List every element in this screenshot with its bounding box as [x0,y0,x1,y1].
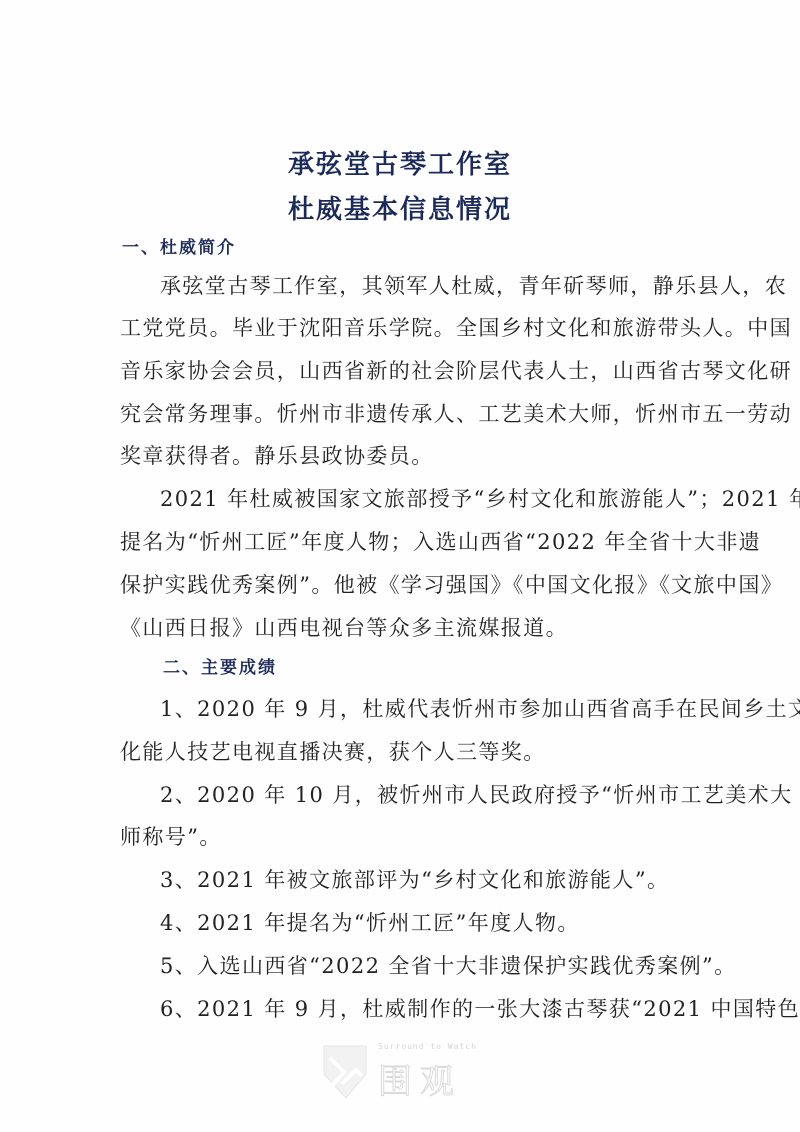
achievement-line: 2、2020 年 10 月，被忻州市人民政府授予“忻州市工艺美术大 [160,779,730,809]
document-page: 承弦堂古琴工作室 杜威基本信息情况 一、杜威简介 承弦堂古琴工作室，其领军人杜威… [0,0,800,1132]
section1-line: 承弦堂古琴工作室，其领军人杜威，青年斫琴师，静乐县人，农 [160,270,730,300]
document-title-line1: 承弦堂古琴工作室 [0,144,800,181]
achievement-line: 师称号”。 [120,821,690,851]
section1-heading: 一、杜威简介 [122,233,236,258]
section1-line: 保护实践优秀案例”。他被《学习强国》《中国文化报》《文旅中国》 [120,569,690,599]
section1-line: 提名为“忻州工匠”年度人物；入选山西省“2022 年全省十大非遗 [120,526,690,556]
watermark: Surround to Watch 围观 [322,1040,482,1120]
achievement-line: 3、2021 年被文旅部评为“乡村文化和旅游能人”。 [160,864,730,894]
document-title-line2: 杜威基本信息情况 [0,189,800,226]
section1-line: 《山西日报》山西电视台等众多主流媒报道。 [120,612,690,642]
achievement-line: 1、2020 年 9 月，杜威代表忻州市参加山西省高手在民间乡土文 [160,693,730,723]
section1-line: 究会常务理事。忻州市非遗传承人、工艺美术大师，忻州市五一劳动 [120,398,690,428]
achievement-line: 4、2021 年提名为“忻州工匠”年度人物。 [160,907,730,937]
watermark-main-text: 围观 [378,1054,462,1103]
achievement-line: 化能人技艺电视直播决赛，获个人三等奖。 [120,736,690,766]
watermark-logo-icon [322,1044,368,1100]
watermark-subtitle: Surround to Watch [378,1042,477,1051]
achievement-line: 6、2021 年 9 月，杜威制作的一张大漆古琴获“2021 中国特色旅 [160,993,730,1023]
achievement-line: 5、入选山西省“2022 全省十大非遗保护实践优秀案例”。 [160,950,730,980]
section1-line: 2021 年杜威被国家文旅部授予“乡村文化和旅游能人”；2021 年 [160,483,730,513]
section1-line: 奖章获得者。静乐县政协委员。 [120,440,690,470]
section2-heading: 二、主要成绩 [163,653,277,678]
section1-line: 工党党员。毕业于沈阳音乐学院。全国乡村文化和旅游带头人。中国 [120,312,690,342]
section1-line: 音乐家协会会员，山西省新的社会阶层代表人士，山西省古琴文化研 [120,355,690,385]
